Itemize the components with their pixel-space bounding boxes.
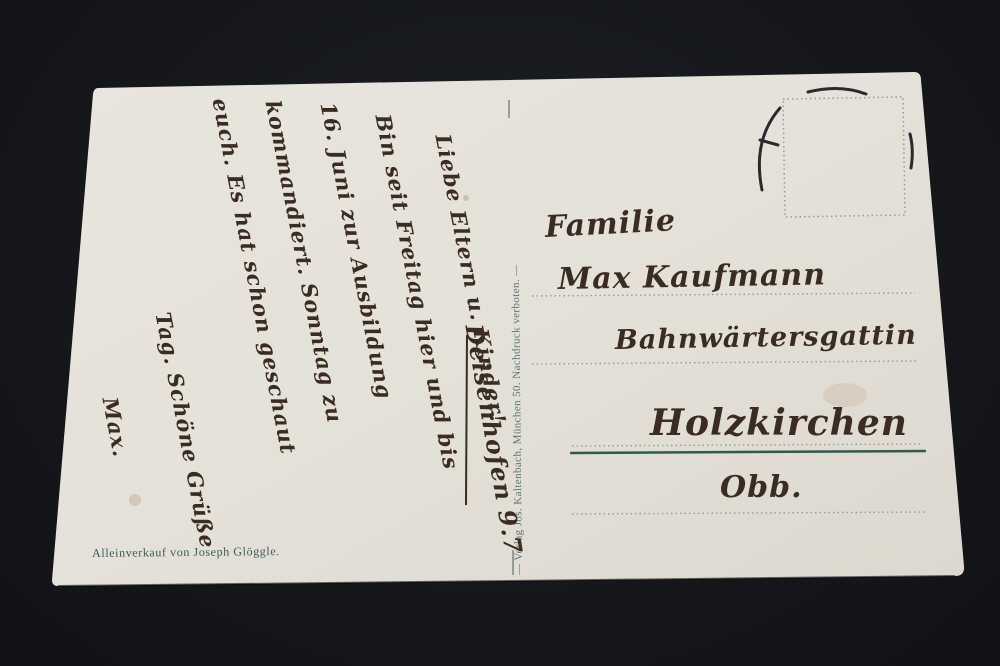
photo-scene: Alleinverkauf von Joseph Glöggle. — Verl… — [0, 0, 1000, 666]
date-underline — [466, 335, 467, 505]
postcard-surface — [52, 72, 964, 586]
postcard — [0, 0, 1000, 666]
